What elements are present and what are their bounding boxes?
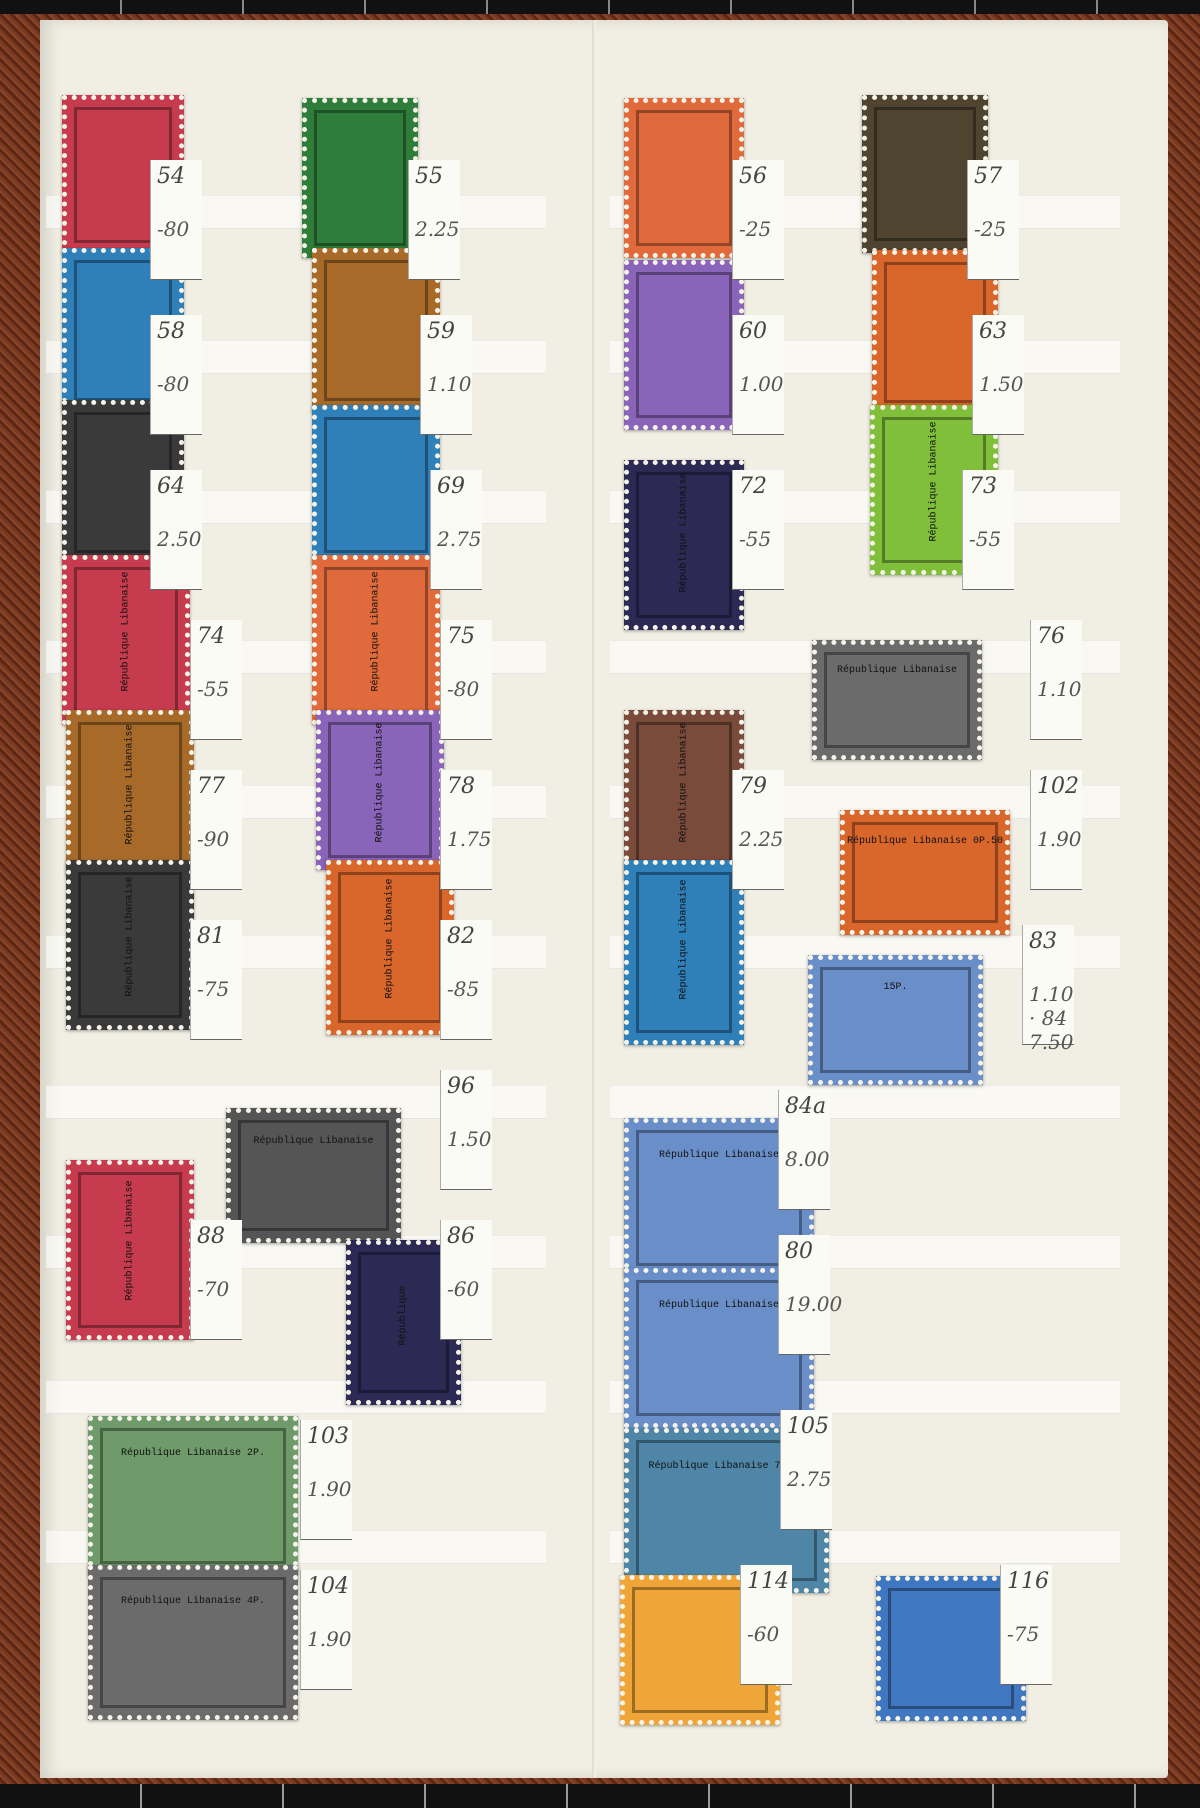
stamp-77: République Libanaise <box>66 710 194 875</box>
stamp-frame <box>324 260 428 401</box>
price-label: 116-75 <box>1000 1565 1052 1685</box>
stamp-76: République Libanaise <box>812 640 982 760</box>
stamp-102: République Libanaise 0P.50 <box>840 810 1010 935</box>
price-value: 8.00 <box>785 1147 824 1171</box>
price-value: 1.10 <box>427 372 466 396</box>
stamp-overprint: 15P. <box>813 982 978 993</box>
price-value: -70 <box>197 1277 236 1301</box>
stamp-frame <box>888 1588 1014 1709</box>
catalog-number: 63 <box>979 319 1018 344</box>
price-label: 114-60 <box>740 1565 792 1685</box>
stockbook-strip <box>610 1085 1120 1119</box>
stamp-frame <box>324 417 428 553</box>
catalog-number: 73 <box>969 474 1008 499</box>
catalog-number: 79 <box>739 774 778 799</box>
stamp-frame <box>314 110 406 246</box>
stamp-104: République Libanaise 4P. <box>88 1565 298 1720</box>
price-label: 552.25 <box>408 160 460 280</box>
stamp-72: République Libanaise <box>624 460 744 630</box>
price-label: 54-80 <box>150 160 202 280</box>
price-value: -80 <box>157 217 196 241</box>
catalog-number: 59 <box>427 319 466 344</box>
cover-stitching-top <box>0 0 1200 14</box>
stamp-overprint: République Libanaise 0P.50 <box>845 836 1005 847</box>
price-label: 601.00 <box>732 315 784 435</box>
stamp-overprint: République Libanaise <box>375 725 386 843</box>
stamp-frame <box>884 262 986 403</box>
price-label: 1041.90 <box>300 1570 352 1690</box>
price-value: -75 <box>1007 1622 1046 1646</box>
stamp-frame <box>636 110 732 246</box>
price-label: 631.50 <box>972 315 1024 435</box>
cover-stitching-bottom <box>0 1784 1200 1808</box>
catalog-number: 77 <box>197 774 236 799</box>
price-label: 831.10 · 84 7.50 <box>1022 925 1074 1045</box>
catalog-number: 96 <box>447 1074 486 1099</box>
stamp-78: République Libanaise <box>316 710 444 870</box>
price-label: 761.10 <box>1030 620 1082 740</box>
stockbook-strip <box>46 1380 546 1414</box>
catalog-number: 69 <box>437 474 476 499</box>
catalog-number: 80 <box>785 1239 824 1264</box>
price-value: 2.75 <box>787 1467 826 1491</box>
price-label: 82-85 <box>440 920 492 1040</box>
price-label: 8019.00 <box>778 1235 830 1355</box>
stamp-overprint: République Libanaise <box>231 1136 396 1147</box>
price-value: 1.10 · 84 7.50 <box>1029 982 1068 1054</box>
price-label: 792.25 <box>732 770 784 890</box>
price-value: -25 <box>739 217 778 241</box>
stamp-96: République Libanaise <box>226 1108 401 1243</box>
price-value: -55 <box>197 677 236 701</box>
price-label: 642.50 <box>150 470 202 590</box>
catalog-number: 82 <box>447 924 486 949</box>
price-label: 74-55 <box>190 620 242 740</box>
price-value: 1.90 <box>307 1477 346 1501</box>
price-label: 75-80 <box>440 620 492 740</box>
catalog-number: 76 <box>1037 624 1076 649</box>
catalog-number: 84a <box>785 1094 824 1119</box>
price-label: 781.75 <box>440 770 492 890</box>
price-value: -80 <box>157 372 196 396</box>
price-label: 1052.75 <box>780 1410 832 1530</box>
catalog-number: 78 <box>447 774 486 799</box>
catalog-number: 88 <box>197 1224 236 1249</box>
catalog-number: 81 <box>197 924 236 949</box>
price-value: 1.10 <box>1037 677 1076 701</box>
price-value: -90 <box>197 827 236 851</box>
stamp-overprint: République Libanaise <box>125 879 136 997</box>
catalog-number: 56 <box>739 164 778 189</box>
price-value: -60 <box>447 1277 486 1301</box>
catalog-number: 64 <box>157 474 196 499</box>
catalog-number: 105 <box>787 1414 826 1439</box>
price-label: 961.50 <box>440 1070 492 1190</box>
price-value: -25 <box>974 217 1013 241</box>
stamp-60 <box>624 260 744 430</box>
price-label: 86-60 <box>440 1220 492 1340</box>
catalog-number: 75 <box>447 624 486 649</box>
stamp-overprint: République Libanaise <box>125 1183 136 1301</box>
stamp-103: République Libanaise 2P. <box>88 1416 298 1576</box>
stamp-overprint: République Libanaise <box>385 881 396 999</box>
stamp-overprint: République Libanaise <box>679 889 690 999</box>
stamp-frame <box>636 272 732 418</box>
price-value: -80 <box>447 677 486 701</box>
catalog-number: 55 <box>415 164 454 189</box>
stamp-overprint: République Libanaise <box>817 665 977 676</box>
price-value: 2.25 <box>415 217 454 241</box>
price-label: 73-55 <box>962 470 1014 590</box>
price-value: -55 <box>969 527 1008 551</box>
catalog-number: 72 <box>739 474 778 499</box>
stamp-overprint: République Libanaise <box>121 574 132 692</box>
price-value: 1.90 <box>307 1627 346 1651</box>
price-value: -85 <box>447 977 486 1001</box>
price-label: 88-70 <box>190 1220 242 1340</box>
stockbook-page: République LibanaiseRépublique Libanaise… <box>40 20 1168 1778</box>
catalog-number: 54 <box>157 164 196 189</box>
price-value: 1.90 <box>1037 827 1076 851</box>
stamp-88: République Libanaise <box>66 1160 194 1340</box>
stamp-overprint: République Libanaise 2P. <box>93 1448 293 1459</box>
price-label: 591.10 <box>420 315 472 435</box>
price-label: 1031.90 <box>300 1420 352 1540</box>
stamp-83: République Libanaise <box>624 860 744 1045</box>
stamp-overprint: République Libanaise <box>371 574 382 692</box>
catalog-number: 104 <box>307 1574 346 1599</box>
stamp-overprint: République Libanaise <box>679 733 690 843</box>
catalog-number: 60 <box>739 319 778 344</box>
page-fold <box>592 20 596 1778</box>
catalog-number: 74 <box>197 624 236 649</box>
catalog-number: 86 <box>447 1224 486 1249</box>
price-label: 1021.90 <box>1030 770 1082 890</box>
stamp-55 <box>302 98 418 258</box>
catalog-number: 102 <box>1037 774 1076 799</box>
price-value: 1.50 <box>447 1127 486 1151</box>
catalog-number: 83 <box>1029 929 1068 954</box>
stamp-79: République Libanaise <box>624 710 744 880</box>
price-value: 2.25 <box>739 827 778 851</box>
price-value: 19.00 <box>785 1292 824 1316</box>
price-label: 56-25 <box>732 160 784 280</box>
price-label: 84a8.00 <box>778 1090 830 1210</box>
price-value: 1.75 <box>447 827 486 851</box>
stamp-frame <box>874 107 976 241</box>
stamp-56 <box>624 98 744 258</box>
catalog-number: 103 <box>307 1424 346 1449</box>
price-label: 58-80 <box>150 315 202 435</box>
stamp-82: République Libanaise <box>326 860 454 1035</box>
stamp-overprint: République Libanaise <box>929 424 940 542</box>
price-label: 77-90 <box>190 770 242 890</box>
stamp-75: République Libanaise <box>312 555 440 725</box>
stamp-83: 15P. <box>808 955 983 1085</box>
price-value: 1.00 <box>739 372 778 396</box>
catalog-number: 114 <box>747 1569 786 1594</box>
stamp-overprint: République <box>398 1263 409 1368</box>
price-value: 2.75 <box>437 527 476 551</box>
price-label: 72-55 <box>732 470 784 590</box>
price-value: 1.50 <box>979 372 1018 396</box>
stamp-overprint: République Libanaise <box>679 483 690 593</box>
stamp-overprint: République Libanaise <box>125 727 136 845</box>
price-value: -55 <box>739 527 778 551</box>
price-value: 2.50 <box>157 527 196 551</box>
stamp-overprint: République Libanaise 4P. <box>93 1596 293 1607</box>
catalog-number: 58 <box>157 319 196 344</box>
price-label: 57-25 <box>967 160 1019 280</box>
price-value: -60 <box>747 1622 786 1646</box>
catalog-number: 116 <box>1007 1569 1046 1594</box>
price-value: -75 <box>197 977 236 1001</box>
price-label: 81-75 <box>190 920 242 1040</box>
catalog-number: 57 <box>974 164 1013 189</box>
stamp-81: République Libanaise <box>66 860 194 1030</box>
price-label: 692.75 <box>430 470 482 590</box>
